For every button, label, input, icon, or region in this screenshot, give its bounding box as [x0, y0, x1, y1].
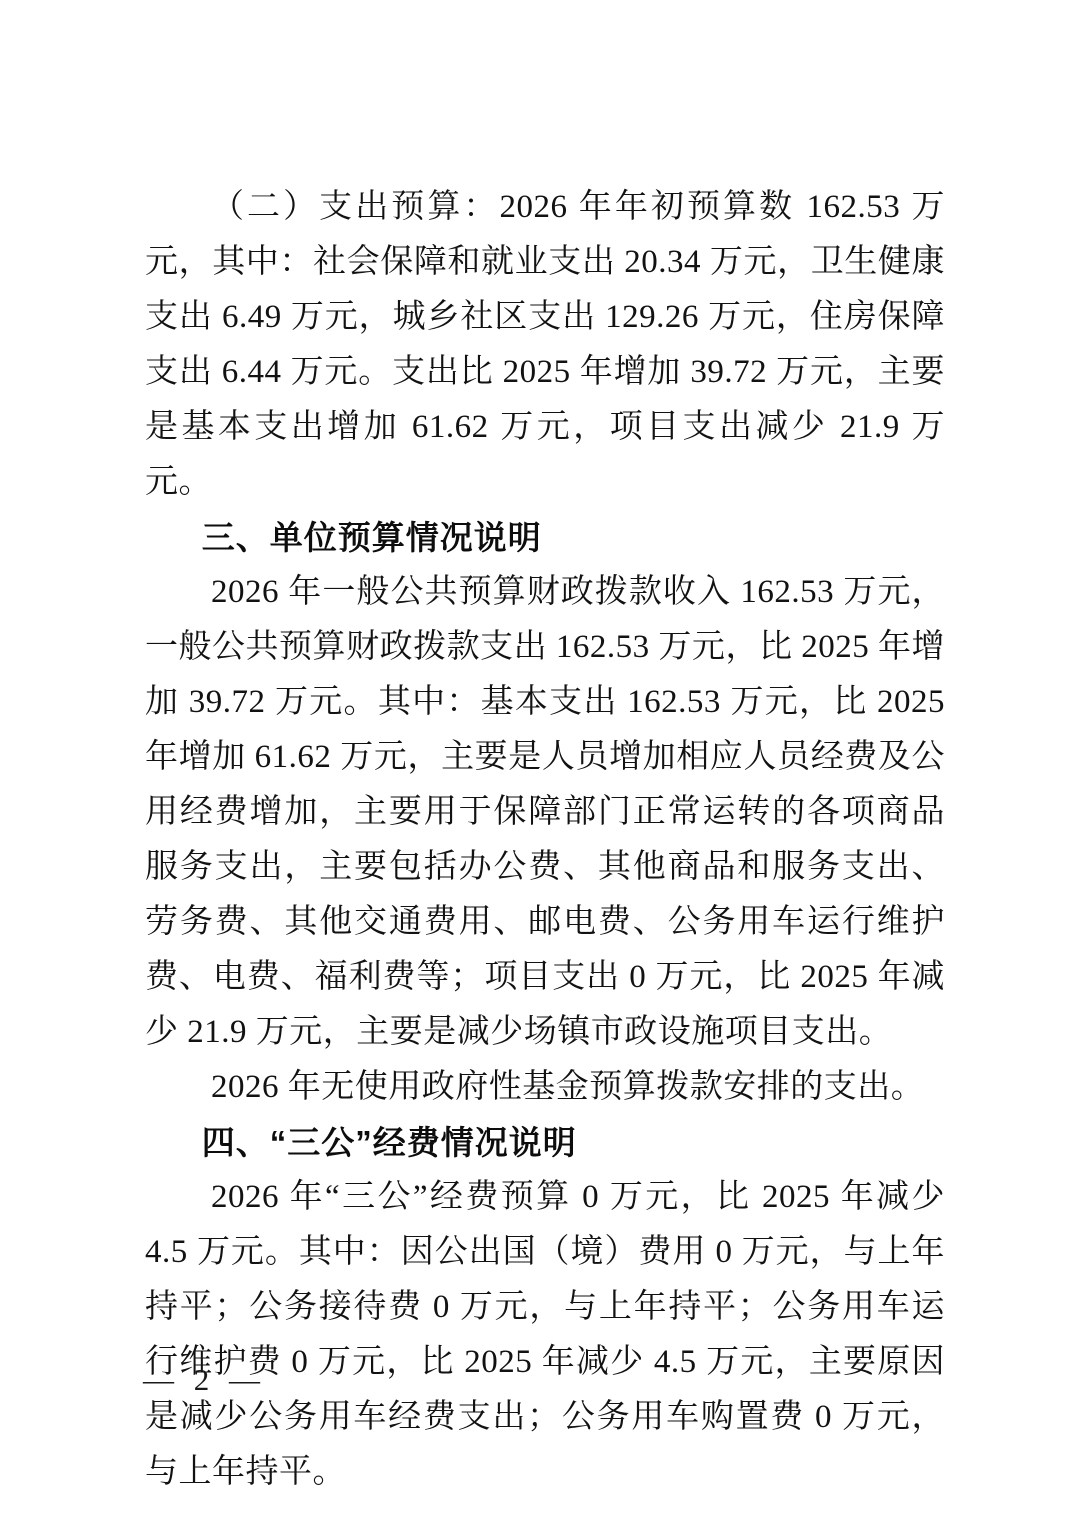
paragraph-government-fund: 2026 年无使用政府性基金预算拨款安排的支出。: [145, 1060, 945, 1115]
section-heading-three-public-funds: 四、“三公”经费情况说明: [145, 1115, 945, 1170]
paragraph-three-public-funds-detail: 2026 年“三公”经费预算 0 万元，比 2025 年减少 4.5 万元。其中…: [145, 1170, 945, 1500]
page-number: — 2 —: [143, 1360, 260, 1400]
document-page: （二）支出预算：2026 年年初预算数 162.53 万元，其中：社会保障和就业…: [0, 0, 1074, 1520]
section-heading-unit-budget: 三、单位预算情况说明: [145, 510, 945, 565]
paragraph-budget-explanation: 2026 年一般公共预算财政拨款收入 162.53 万元，一般公共预算财政拨款支…: [145, 565, 945, 1060]
paragraph-expenditure-budget: （二）支出预算：2026 年年初预算数 162.53 万元，其中：社会保障和就业…: [145, 180, 945, 510]
document-body: （二）支出预算：2026 年年初预算数 162.53 万元，其中：社会保障和就业…: [145, 180, 945, 1500]
